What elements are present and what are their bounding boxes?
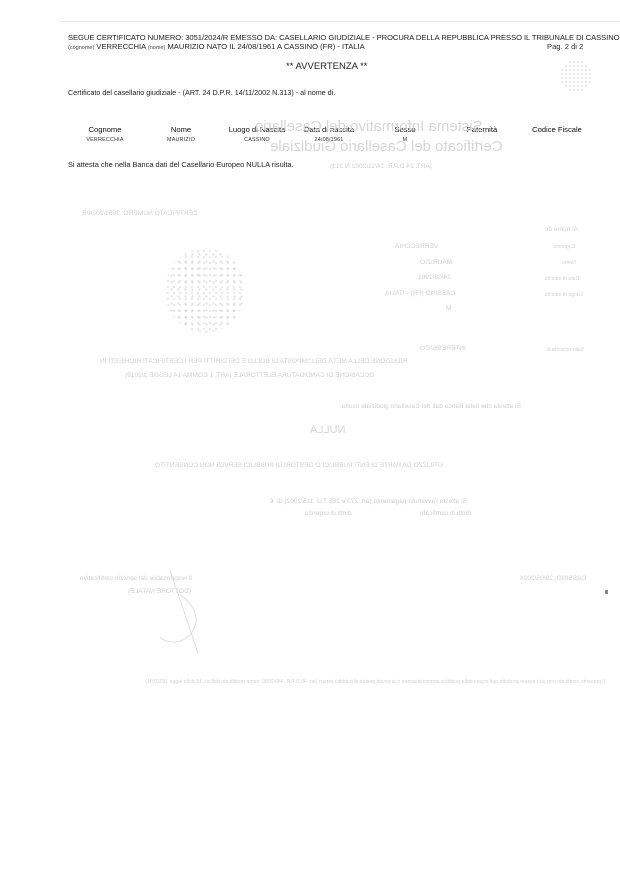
ghost-title-2: Certificato del Casellario Giudiziale [270, 138, 503, 155]
name-label: (nome) [148, 45, 165, 51]
ghost-label-data: Data di nascita [545, 276, 579, 282]
ghost-footer: Il presente certificato non può essere p… [85, 677, 605, 688]
signature-mark [150, 565, 220, 660]
certificate-header-line: SEGUE CERTIFICATO NUMERO: 3051/2024/R EM… [68, 33, 619, 42]
ghost-payment: Si attesta l'avvenuto pagamento (art. 27… [270, 498, 467, 505]
certificate-intro: Certificato del casellario giudiziale - … [68, 88, 335, 97]
ghost-label-cognome: Cognome [553, 244, 576, 250]
ghost-fee-1: diritti di certificato [420, 510, 471, 517]
ghost-usage-label: Sulla richiesta di: [545, 347, 584, 353]
ghost-usage-3: OCCASIONE DI CANDIDATURA ELETTORALE (ART… [125, 372, 375, 379]
ghost-nulla: NULLA [310, 424, 345, 436]
republic-emblem-icon [560, 60, 592, 92]
ghost-value-luogo: CASSINO (FR) - ITALIA [385, 290, 455, 297]
ghost-title-3: (ART. 24 D.P.R. 14/11/2002 N.313) [330, 163, 432, 170]
ghost-cert-number: CERTIFICATO NUMERO: 3051/2024/R [82, 210, 198, 217]
scan-speck [605, 590, 608, 594]
ghost-usage-2: RIDUZIONE DELLA METÀ DELL'IMPOSTA DI BOL… [100, 358, 407, 365]
col-header-codice-fiscale: Codice Fiscale [512, 125, 602, 134]
warning-title: ** AVVERTENZA ** [286, 61, 368, 72]
ghost-value-cognome: VERRECCHIA [395, 243, 438, 250]
official-stamp-seal [165, 248, 245, 333]
ghost-value-data: 24/08/1961 [418, 274, 451, 281]
ghost-usage-1: INTERESSATO [420, 345, 466, 352]
ghost-label-luogo: Luogo di nascita [545, 292, 583, 298]
ghost-label-nome: Nome [562, 260, 576, 266]
surname-value: VERRECCHIA [96, 42, 145, 51]
certificate-subject-line: (cognome) VERRECCHIA (nome) MAURIZIO NAT… [68, 42, 365, 51]
scan-edge-line [60, 21, 620, 22]
ghost-attest: Si attesta che nella Banca dati del Case… [340, 403, 521, 410]
surname-label: (cognome) [68, 45, 94, 51]
ghost-al-nome-di: Al nome di: [545, 226, 578, 233]
result-statement: Si attesta che nella Banca dati del Case… [68, 160, 294, 169]
subject-rest: MAURIZIO NATO IL 24/08/1961 A CASSINO (F… [167, 42, 364, 51]
ghost-value-sesso: M [446, 305, 452, 312]
ghost-value-nome: MAURIZIO [420, 259, 452, 266]
ghost-title-1: Sistema Informativo del Casellario [255, 118, 483, 135]
ghost-fee-2: diritti di urgenza [305, 510, 352, 517]
page-number: Pag. 2 di 2 [547, 42, 583, 51]
ghost-finality: UTILIZZO DA PARTE DI ENTI PUBBLICI O GES… [155, 462, 443, 469]
ghost-place-date: CASSINO, 29/05/2024 [520, 575, 586, 582]
